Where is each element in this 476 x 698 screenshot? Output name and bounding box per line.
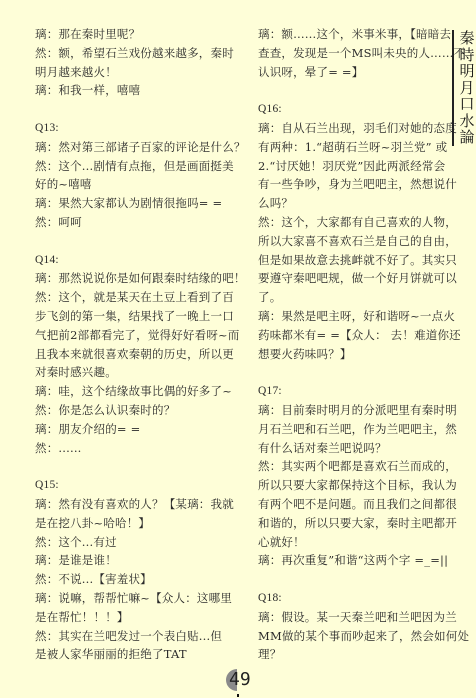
text-line: 心就好！	[258, 533, 440, 552]
text-line: 璃：那然说说你是如何跟秦时结缘的吧！	[35, 269, 223, 288]
spacer	[258, 363, 440, 382]
text-line: 月石兰吧和石兰吧，作为兰吧吧主，然	[258, 420, 440, 439]
text-line: 璃：假设。某一天秦兰吧和兰吧因为兰	[258, 608, 440, 627]
text-line: 然：你是怎么认识秦时的？	[35, 401, 223, 420]
title-char: 月	[457, 80, 476, 97]
text-line: 和谐的，所以只要大家，秦时主吧都开	[258, 514, 440, 533]
text-line: 理？	[258, 645, 440, 664]
question-label: Q17:	[258, 382, 440, 401]
title-char: 明	[457, 63, 476, 80]
text-line: 是在挖八卦~哈哈！】	[35, 514, 223, 533]
title-char: 口	[457, 96, 476, 113]
text-line: 璃：那在秦时里呢？	[35, 25, 223, 44]
text-line: 但是如果故意去挑衅就不好了。其实只	[258, 251, 440, 270]
text-line: 是被人家华丽丽的拒绝了TAT	[35, 645, 223, 664]
text-line: 璃：和我一样，嘻嘻	[35, 81, 223, 100]
title-char: 秦	[457, 30, 476, 47]
text-line: 然：......	[35, 439, 223, 458]
question-label: Q16:	[258, 100, 440, 119]
text-line: MM做的某个事而吵起来了，然会如何处	[258, 627, 440, 646]
text-line: 所以大家喜不喜欢石兰是自己的自由，	[258, 232, 440, 251]
tick-mark	[237, 694, 239, 697]
text-line: 所以只要大家都保持这个目标，我认为	[258, 476, 440, 495]
text-line: 璃：说嘛，帮帮忙嘛~【众人：这哪里	[35, 589, 223, 608]
text-line: 璃：哇，这个结缘故事比偶的好多了~	[35, 382, 223, 401]
text-line: 且我本来就很喜欢秦朝的历史，所以更	[35, 345, 223, 364]
text-line: 璃：自从石兰出现，羽毛们对她的态度	[258, 119, 440, 138]
question-label: Q18:	[258, 589, 440, 608]
page-number-badge: 49	[226, 669, 266, 693]
text-line: 要遵守秦吧吧规，做一个好月饼就可以	[258, 269, 440, 288]
text-line: 璃：再次重复”和谐“这两个字 =_=||	[258, 551, 440, 570]
spacer	[35, 457, 223, 476]
text-line: 了。	[258, 288, 440, 307]
text-line: 然：这个...剧情有点拖，但是画面挺美	[35, 157, 223, 176]
text-line: 璃：是谁是谁！	[35, 551, 223, 570]
text-line: 有两个吧不是问题。而且我们之间都很	[258, 495, 440, 514]
text-line: 药味都米有= =【众人： 去！难道你还	[258, 326, 440, 345]
text-line: 2.“讨厌她！羽厌党”因此两派经常会	[258, 157, 440, 176]
text-line: 璃：然对第三部诸子百家的评论是什么？	[35, 138, 223, 157]
page-number: 49	[229, 669, 251, 691]
spacer	[258, 570, 440, 589]
question-label: Q15:	[35, 476, 223, 495]
text-line: 好的~嘻嘻	[35, 175, 223, 194]
question-label: Q13:	[35, 119, 223, 138]
text-line: 查查，发现是一个MS叫未央的人……不	[258, 44, 440, 63]
question-label: Q14:	[35, 251, 223, 270]
text-line: 有两种：1.“超萌石兰呀~羽兰党” 或	[258, 138, 440, 157]
text-line: 然：额，希望石兰戏份越来越多，秦时	[35, 44, 223, 63]
title-char: 水	[457, 113, 476, 130]
left-text-column: 璃：那在秦时里呢？ 然：额，希望石兰戏份越来越多，秦时 明月越来越火！ 璃：和我…	[35, 25, 223, 664]
text-line: 认识呀，晕了= =】	[258, 63, 440, 82]
text-line: 璃：额……这个，米事米事，【暗暗去	[258, 25, 440, 44]
text-line: 璃：果然大家都认为剧情很拖吗= =	[35, 194, 223, 213]
text-line: 想要火药味吗？】	[258, 345, 440, 364]
text-line: 步飞剑的第一集，结果找了一晚上一口	[35, 307, 223, 326]
text-line: 然：其实两个吧都是喜欢石兰而成的，	[258, 457, 440, 476]
title-char: 時	[457, 47, 476, 64]
text-line: 然：这个...有过	[35, 533, 223, 552]
spacer	[35, 232, 223, 251]
spacer	[258, 81, 440, 100]
title-char: 論	[457, 129, 476, 146]
text-line: 对秦时感兴趣。	[35, 363, 223, 382]
text-line: 有什么话对秦兰吧说吗？	[258, 439, 440, 458]
text-line: 璃：然有没有喜欢的人？【某璃：我就	[35, 495, 223, 514]
text-line: 气把前2部都看完了，觉得好好看呀~而	[35, 326, 223, 345]
vertical-section-title: 秦 時 明 月 口 水 論	[452, 30, 476, 146]
text-line: 璃：目前秦时明月的分派吧里有秦时明	[258, 401, 440, 420]
text-line: 然：其实在兰吧发过一个表白贴...但	[35, 627, 223, 646]
text-line: 么吗？	[258, 194, 440, 213]
spacer	[35, 100, 223, 119]
text-line: 璃：果然是吧主呀，好和谐呀~一点火	[258, 307, 440, 326]
text-line: 有一些争吵，身为兰吧吧主，然想说什	[258, 175, 440, 194]
text-line: 然：不说...【害羞状】	[35, 570, 223, 589]
text-line: 然：这个，大家都有自己喜欢的人物，	[258, 213, 440, 232]
text-line: 明月越来越火！	[35, 63, 223, 82]
text-line: 然：这个，就是某天在土豆上看到了百	[35, 288, 223, 307]
text-line: 然：呵呵	[35, 213, 223, 232]
right-text-column: 璃：额……这个，米事米事，【暗暗去 查查，发现是一个MS叫未央的人……不 认识呀…	[258, 25, 440, 664]
text-line: 是在帮忙！！！】	[35, 608, 223, 627]
text-line: 璃：朋友介绍的= =	[35, 420, 223, 439]
